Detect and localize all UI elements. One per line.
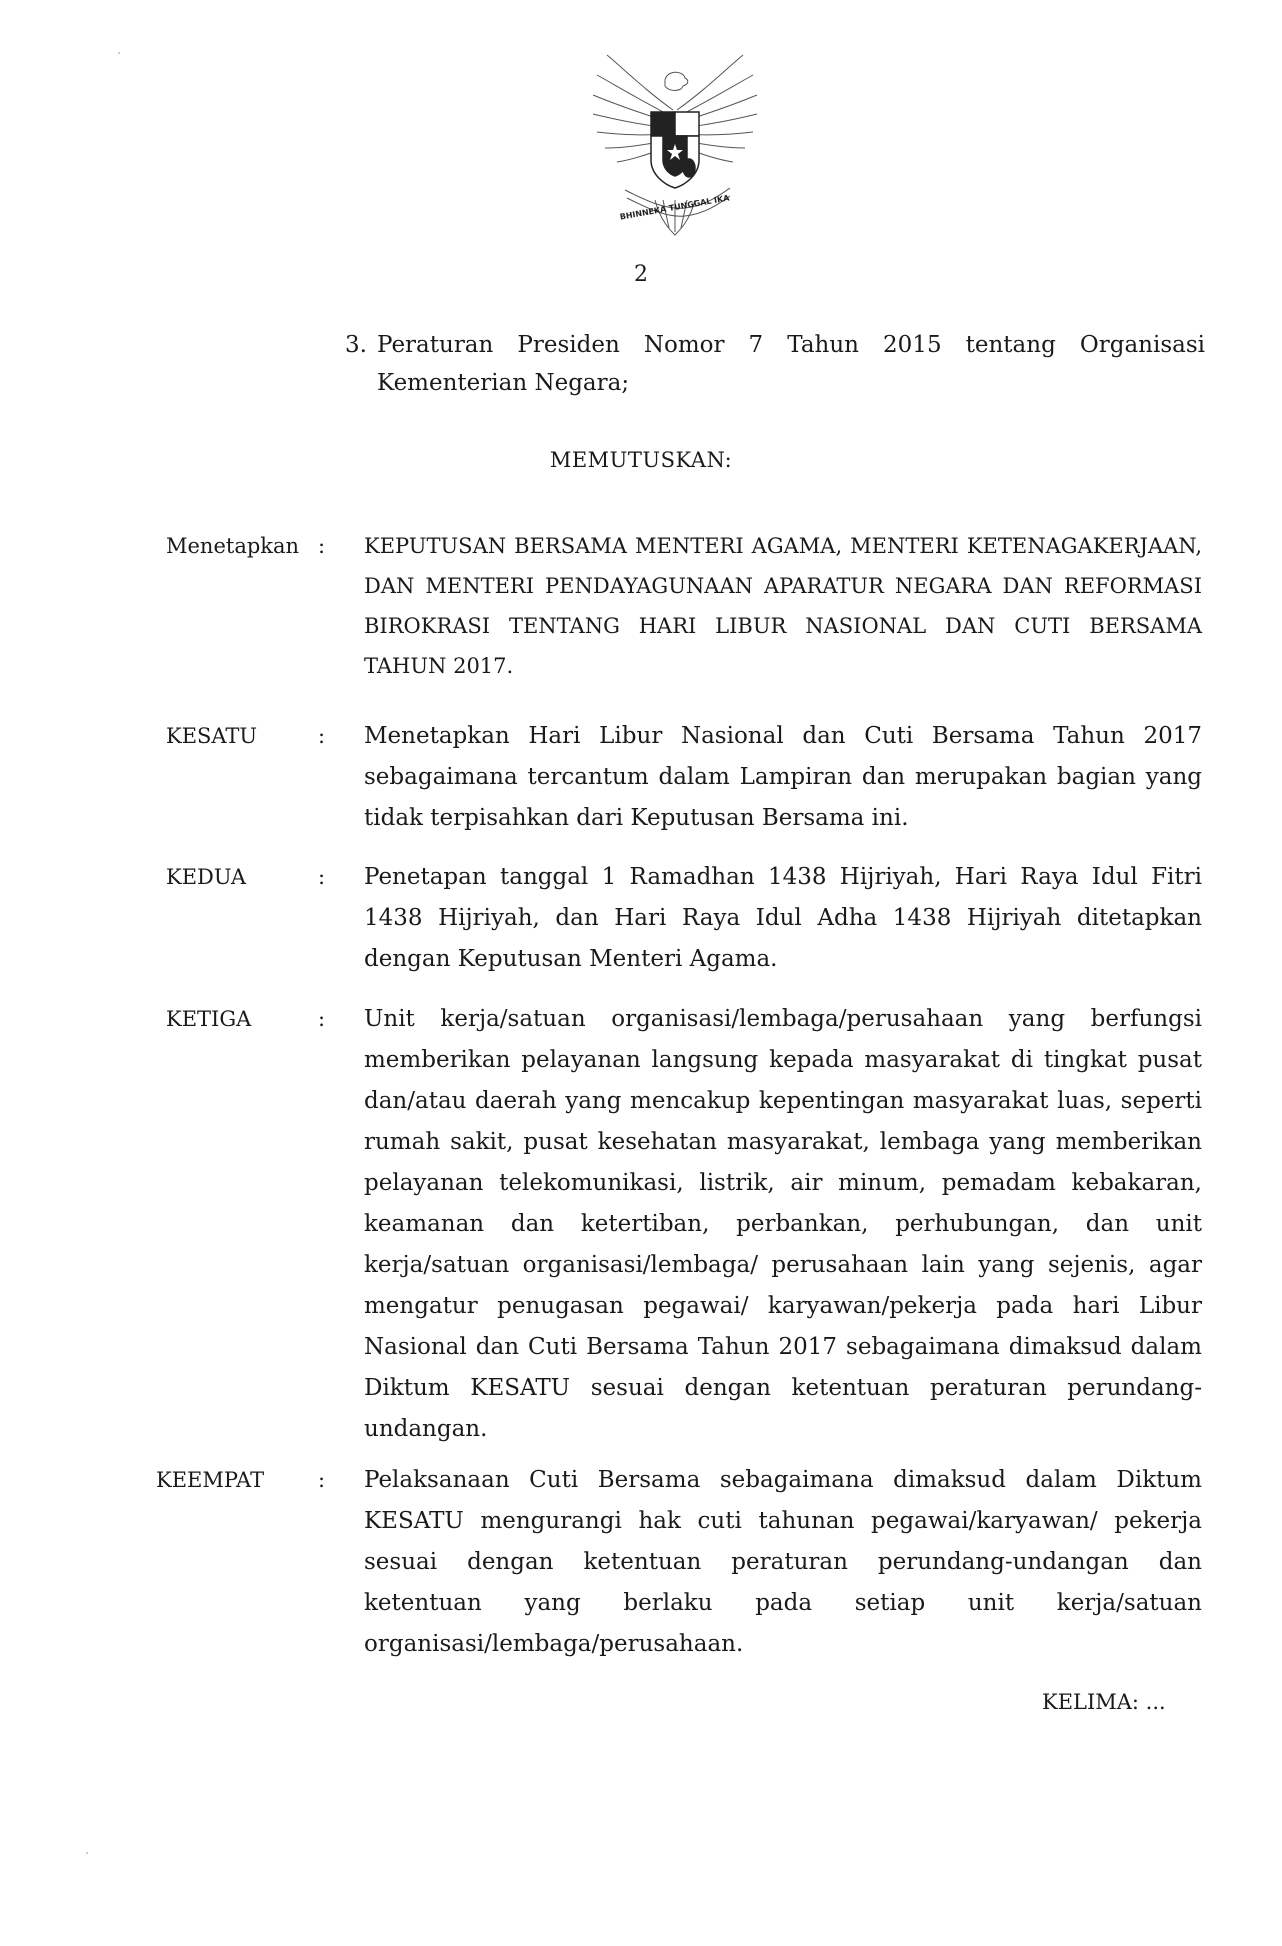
clause-colon: : <box>318 857 325 897</box>
clause-label: Menetapkan <box>166 526 299 566</box>
scan-artifact <box>118 52 120 54</box>
scan-artifact <box>86 1852 88 1854</box>
continuation-catchword: KELIMA: ... <box>1042 1690 1166 1714</box>
clause-text: KEPUTUSAN BERSAMA MENTERI AGAMA, MENTERI… <box>364 526 1202 686</box>
item-number: 3. <box>345 326 367 364</box>
clause-colon: : <box>318 716 325 756</box>
decision-heading: MEMUTUSKAN: <box>0 448 1282 472</box>
clause-text: Penetapan tanggal 1 Ramadhan 1438 Hijriy… <box>364 857 1202 980</box>
clause-label: KESATU <box>166 716 257 756</box>
clause-label: KETIGA <box>166 999 251 1039</box>
clause-label: KEEMPAT <box>156 1460 264 1500</box>
garuda-emblem-icon: BHINNEKA TUNGGAL IKA <box>585 50 765 250</box>
clause-label: KEDUA <box>166 857 246 897</box>
clause-text: Menetapkan Hari Libur Nasional dan Cuti … <box>364 716 1202 839</box>
page-number: 2 <box>0 262 1282 287</box>
clause-colon: : <box>318 1460 325 1500</box>
considering-item: 3. Peraturan Presiden Nomor 7 Tahun 2015… <box>345 326 1205 402</box>
item-text: Peraturan Presiden Nomor 7 Tahun 2015 te… <box>377 326 1205 402</box>
clause-colon: : <box>318 526 325 566</box>
clause-text: Pelaksanaan Cuti Bersama sebagaimana dim… <box>364 1460 1202 1665</box>
clause-colon: : <box>318 999 325 1039</box>
clause-text: Unit kerja/satuan organisasi/lembaga/per… <box>364 999 1202 1450</box>
